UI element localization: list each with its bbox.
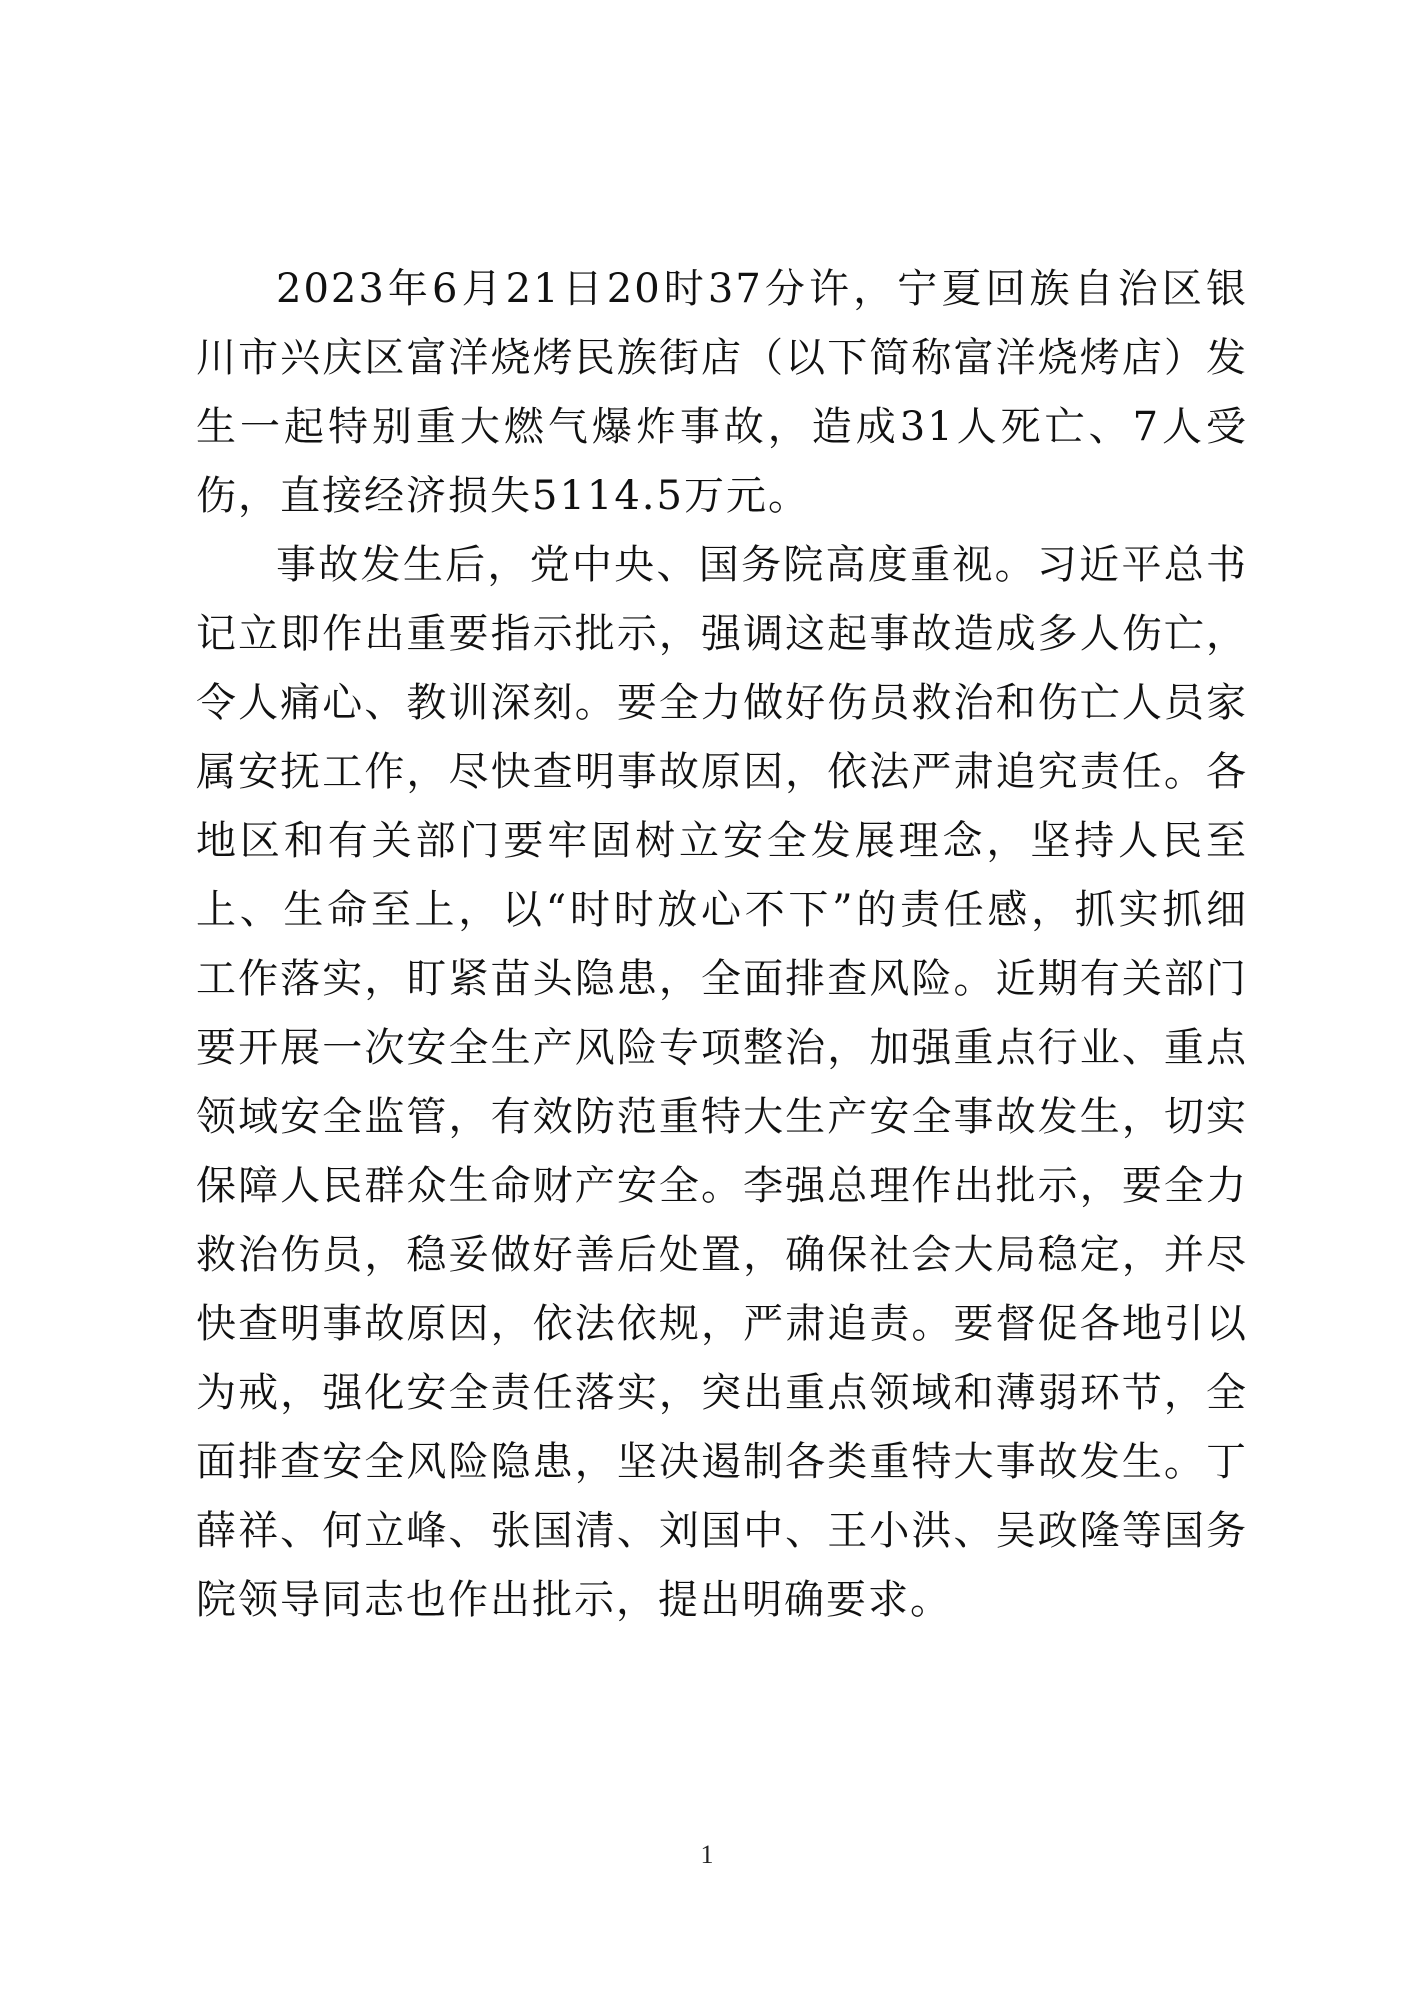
paragraph-accident-summary: 2023年6月21日20时37分许，宁夏回族自治区银川市兴庆区富洋烧烤民族街店（… [196,255,1248,531]
document-page: 2023年6月21日20时37分许，宁夏回族自治区银川市兴庆区富洋烧烤民族街店（… [0,0,1414,2000]
body-text: 2023年6月21日20时37分许，宁夏回族自治区银川市兴庆区富洋烧烤民族街店（… [196,255,1248,1635]
paragraph-central-response: 事故发生后，党中央、国务院高度重视。习近平总书记立即作出重要指示批示，强调这起事… [196,531,1248,1635]
page-number: 1 [0,1840,1414,1870]
